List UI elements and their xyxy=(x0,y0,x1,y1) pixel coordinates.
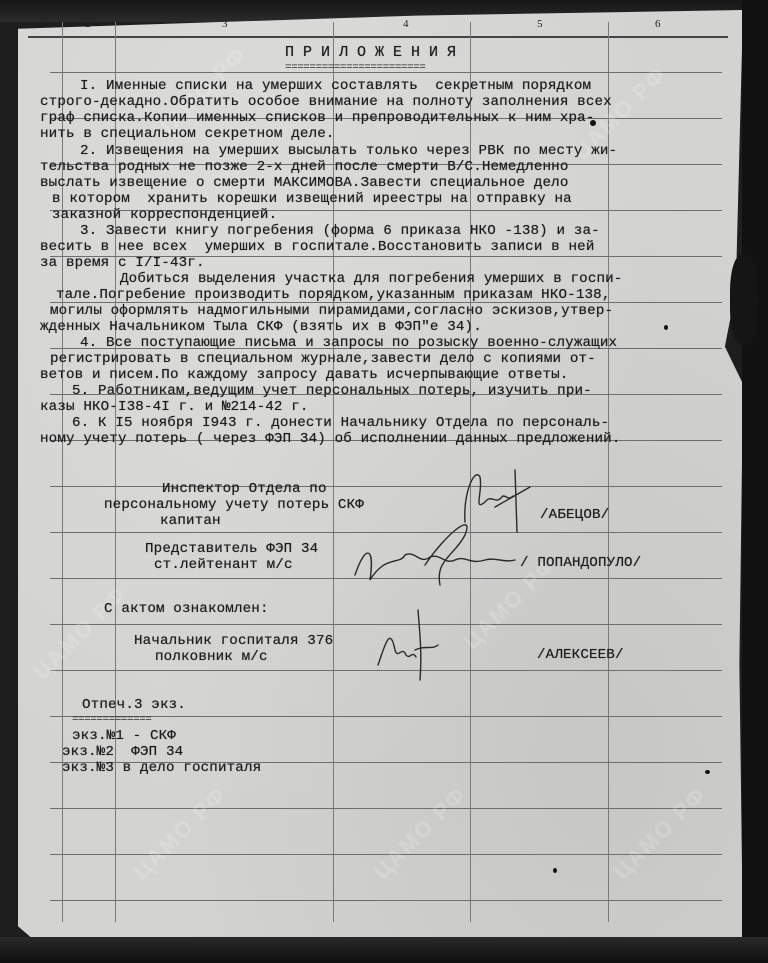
title-underline: ======================= xyxy=(285,62,425,74)
ink-speck xyxy=(590,120,596,126)
body-line: 4. Все поступающие письма и запросы по р… xyxy=(80,335,617,351)
body-line: ному учету потерь ( через ФЭП 34) об исп… xyxy=(40,431,620,447)
body-line: регистрировать в специальном журнале,зав… xyxy=(50,351,596,367)
scan-border-right xyxy=(742,0,768,963)
body-line: могилы оформлять надмогильными пирамидам… xyxy=(50,303,613,319)
ledger-row-line xyxy=(50,486,722,487)
acknowledged-label: С актом ознакомлен: xyxy=(104,601,269,617)
body-line: заказной корреспонденцией. xyxy=(52,207,277,223)
ledger-column-line xyxy=(62,22,63,922)
ledger-row-line xyxy=(50,808,722,809)
signatory-position: Представитель ФЭП 34 xyxy=(145,541,318,557)
hospital-head-position: Начальник госпиталя 376 xyxy=(134,633,333,649)
copy-item: экз.№1 - СКФ xyxy=(72,728,176,744)
body-line: граф списка.Копии именных списков и преп… xyxy=(40,110,595,126)
ledger-row-line xyxy=(50,578,722,579)
hospital-head-name: /АЛЕКСЕЕВ/ xyxy=(537,647,624,663)
torn-edge xyxy=(730,255,758,345)
body-line: 6. К I5 ноября I943 г. донести Начальник… xyxy=(72,415,609,431)
body-line: ветов и писем.По каждому запросу давать … xyxy=(40,367,569,383)
copy-item: экз.№3 в дело госпиталя xyxy=(62,760,261,776)
body-line: казы НКО-I38-4I г. и №214-42 г. xyxy=(40,399,309,415)
body-line: тале.Погребение производить порядком,ука… xyxy=(56,287,611,303)
signatory-rank: капитан xyxy=(160,513,221,529)
body-line: строго-декадно.Обратить особое внимание … xyxy=(40,94,612,110)
ledger-row-line xyxy=(50,624,722,625)
body-line: жденных Начальником Тыла СКФ (взять их в… xyxy=(40,319,482,335)
signatory-position: Инспектор Отдела по xyxy=(162,481,327,497)
scan-border-bottom xyxy=(0,937,768,963)
column-number-4: 4 xyxy=(403,18,409,30)
body-line: в котором хранить корешки извещений ирее… xyxy=(52,191,572,207)
body-line: 3. Завести книгу погребения (форма 6 при… xyxy=(80,223,600,239)
ledger-row-line xyxy=(50,670,722,671)
ink-speck xyxy=(705,770,710,774)
ledger-row-line xyxy=(50,900,722,901)
body-line: нить в специальном секретном деле. xyxy=(40,126,335,142)
column-number-1: 1 xyxy=(40,18,46,30)
body-line: 5. Работникам,ведущим учет персональных … xyxy=(72,383,592,399)
body-line: 2. Извещения на умерших высылать только … xyxy=(80,143,617,159)
body-line: выслать извещение о смерти МАКСИМОВА.Зав… xyxy=(40,175,569,191)
signatory-name: / ПОПАНДОПУЛО/ xyxy=(520,555,641,571)
copies-underline: ============= xyxy=(72,714,151,726)
signatory-rank: ст.лейтенант м/с xyxy=(154,557,293,573)
ink-speck xyxy=(664,325,668,330)
body-line: весить в нее всех умерших в госпитале.Во… xyxy=(40,239,595,255)
column-number-6: 6 xyxy=(655,18,661,30)
copy-item: экз.№2 ФЭП 34 xyxy=(62,744,183,760)
body-line: тельства родных не позже 2-х дней после … xyxy=(40,159,569,175)
column-number-3: 3 xyxy=(222,18,228,30)
document-title: ПРИЛОЖЕНИЯ xyxy=(285,44,465,61)
signatory-position: персональному учету потерь СКФ xyxy=(104,497,364,513)
body-line: Добиться выделения участка для погребени… xyxy=(120,271,623,287)
column-number-2: 2 xyxy=(85,18,91,30)
ledger-row-line xyxy=(50,532,722,533)
column-number-5: 5 xyxy=(537,18,543,30)
signatory-name: /АБЕЦОВ/ xyxy=(540,507,609,523)
ledger-row-line xyxy=(50,854,722,855)
body-line: за время с I/I-43г. xyxy=(40,255,205,271)
copies-header: Отпеч.3 экз. xyxy=(82,697,186,713)
hospital-head-rank: полковник м/с xyxy=(155,649,268,665)
body-line: I. Именные списки на умерших составлять … xyxy=(80,78,591,94)
column-header-rule xyxy=(28,14,728,38)
ink-speck xyxy=(553,868,557,873)
